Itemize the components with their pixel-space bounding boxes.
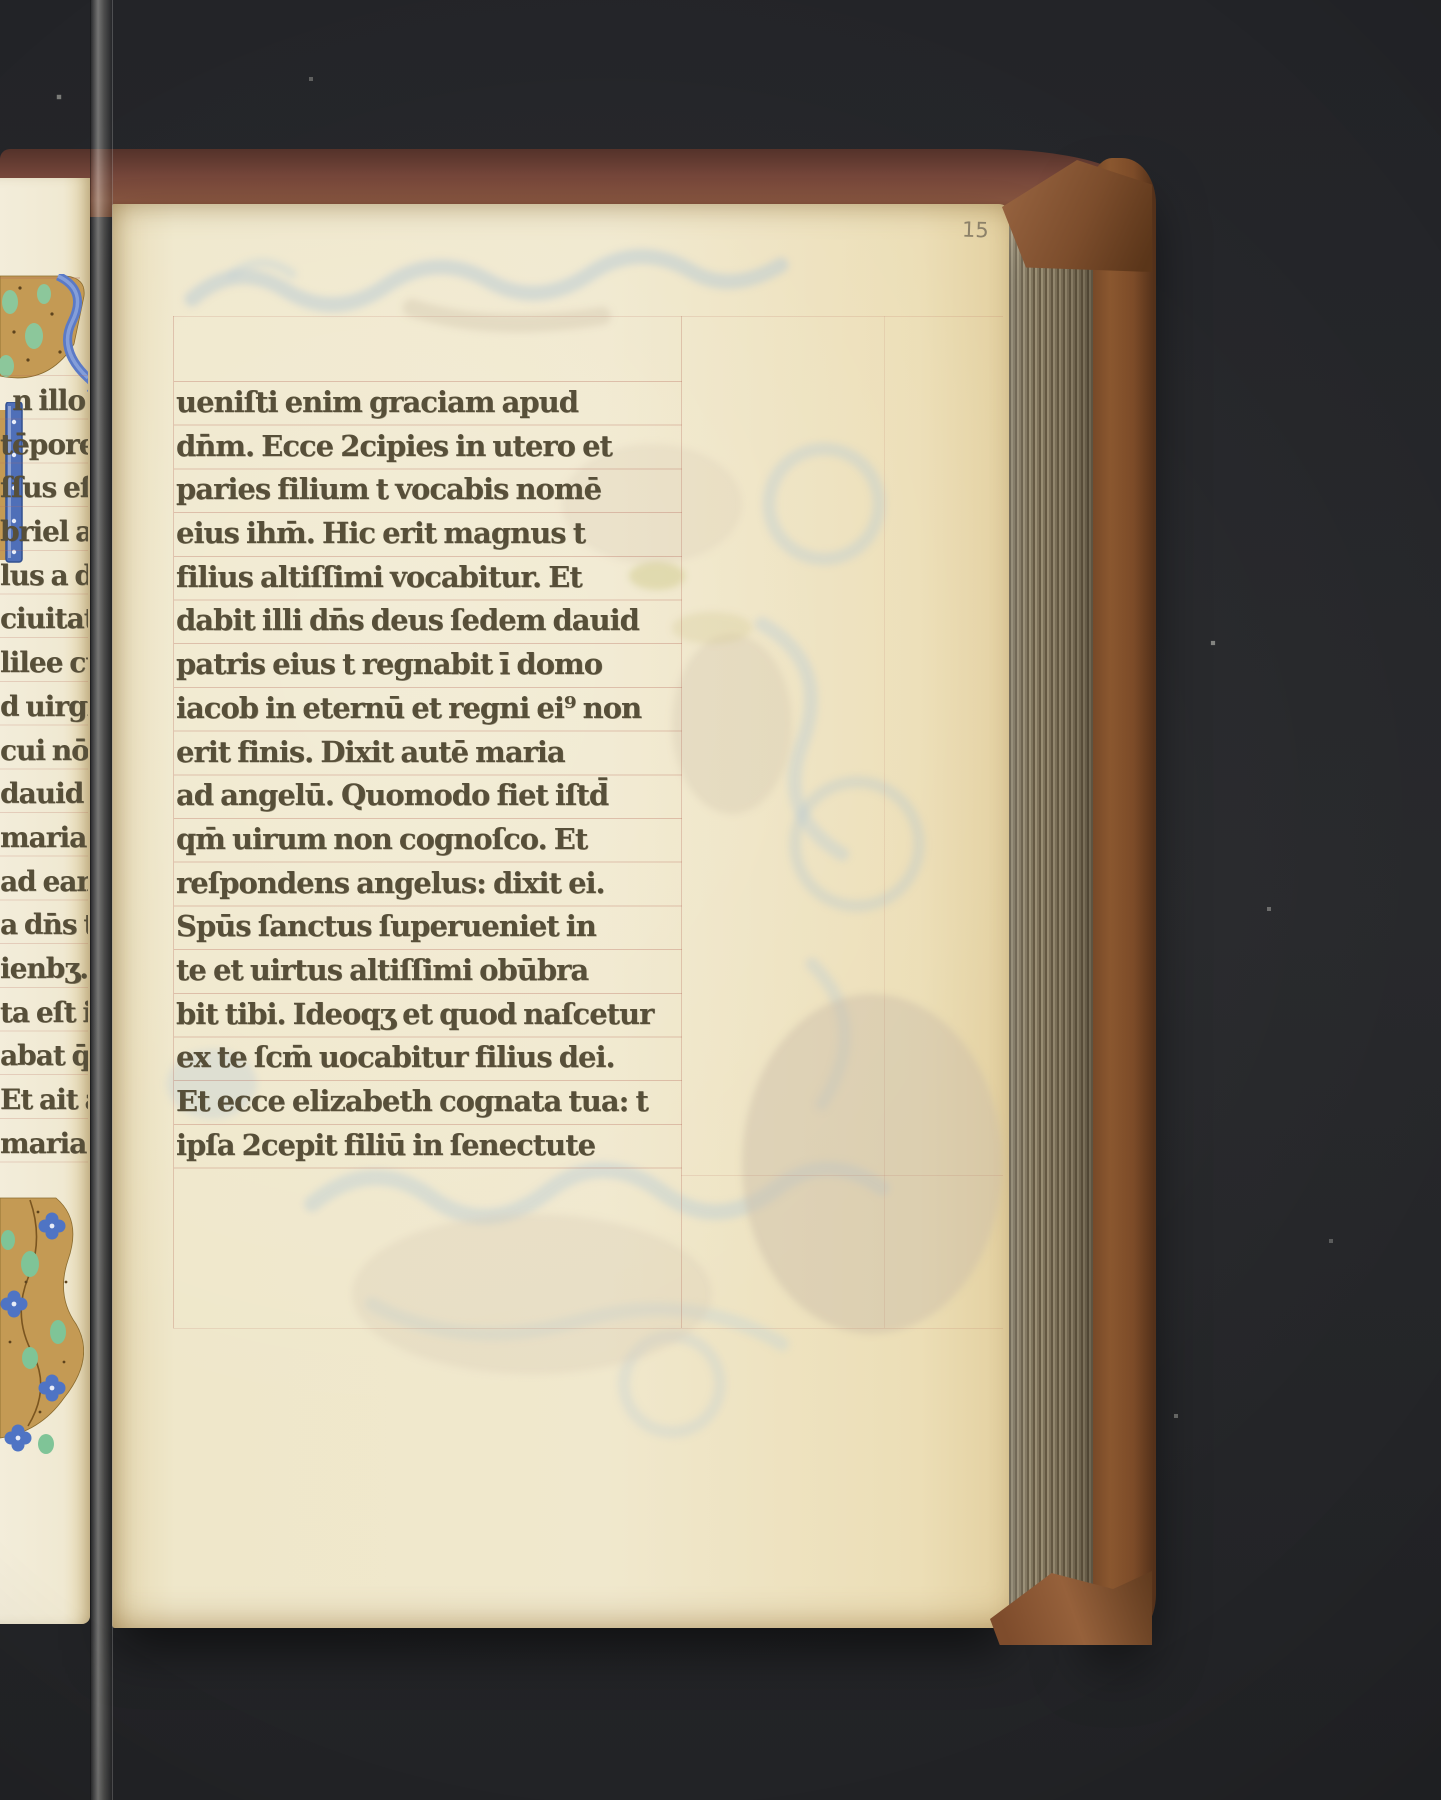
verso-text-fragments: n illotēporeſſus eſtbriel anlus a deociu… — [0, 379, 88, 1165]
manuscript-line: dn̄m. Ecce 2cipies in utero et — [176, 425, 716, 469]
manuscript-line: qm̄ uirum non cognoſco. Et — [176, 818, 716, 862]
verso-fragment-line: ienbʒ. Q — [0, 947, 88, 991]
verso-fragment-line: lus a deo — [0, 554, 88, 598]
ruling-frame-bottom — [173, 1328, 1003, 1329]
manuscript-line: Spūs ſanctus ſuperueniet in — [176, 905, 716, 949]
verso-page-edge: n illotēporeſſus eſtbriel anlus a deociu… — [0, 178, 90, 1624]
dust-specks — [0, 0, 2, 2]
manuscript-line: filius altiſſimi vocabitur. Et — [176, 556, 716, 600]
illuminated-border-bottom — [0, 1192, 84, 1464]
verso-fragment-line: tēpore — [0, 423, 88, 467]
folio-number: 15 — [962, 218, 990, 243]
verso-fragment-line: a dn̄s tecū — [0, 903, 88, 947]
manuscript-line: erit finis. Dixit autē maria — [176, 731, 716, 775]
leather-cover-right-board — [1082, 158, 1156, 1644]
verso-fragment-line: dauid et — [0, 772, 88, 816]
verso-fragment-line: abat q̄lis — [0, 1034, 88, 1078]
verso-fragment-line: cui nōmē — [0, 729, 88, 773]
manuscript-line: ad angelū. Quomodo fiet iſtd̄ — [176, 774, 716, 818]
manuscript-line: ipſa 2cepit filiū in ſenectute — [176, 1124, 716, 1168]
manuscript-line: eius ihm̄. Hic erit magnus t — [176, 512, 716, 556]
manuscript-line: Et ecce elizabeth cognata tua: t — [176, 1080, 716, 1124]
ruling-frame-top — [173, 316, 1003, 317]
manuscript-line: ex te ſcm̄ uocabitur filius dei. — [176, 1036, 716, 1080]
verso-fragment-line: lilee cu — [0, 641, 88, 685]
verso-fragment-line: d uirginē — [0, 685, 88, 729]
manuscript-photo: 15 ueniſti enim graciam apuddn̄m. Ecce 2… — [0, 0, 1441, 1800]
ruling-vertical-outer — [884, 316, 885, 1328]
ruling-frame-mid — [681, 1175, 1003, 1176]
verso-fragment-line: maria ī — [0, 1122, 88, 1166]
manuscript-line: dabit illi dn̄s deus ſedem dauid — [176, 599, 716, 643]
verso-fragment-line: ad eam: — [0, 860, 88, 904]
manuscript-line: reſpondens angelus: dixit ei. — [176, 862, 716, 906]
verso-fragment-line: n illo — [0, 379, 88, 423]
manuscript-line: iacob in eternū et regni ei⁹ non — [176, 687, 716, 731]
recto-page: 15 ueniſti enim graciam apuddn̄m. Ecce 2… — [112, 204, 1009, 1628]
verso-fragment-line: briel an — [0, 510, 88, 554]
verso-fragment-line: Et ait an — [0, 1078, 88, 1122]
ruling-vertical-left — [173, 316, 174, 1328]
manuscript-line: bit tibi. Ideoqʒ et quod naſcetur — [176, 993, 716, 1037]
verso-fragment-line: ciuitatē — [0, 597, 88, 641]
verso-fragment-line: ſſus eſt — [0, 466, 88, 510]
verso-fragment-line: ta eſt in — [0, 991, 88, 1035]
page-holder-strip — [90, 0, 113, 1800]
manuscript-text-block: ueniſti enim graciam apuddn̄m. Ecce 2cip… — [176, 381, 716, 1167]
manuscript-line: paries filium t vocabis nomē — [176, 468, 716, 512]
verso-fragment-line: maria. Et — [0, 816, 88, 860]
manuscript-line: ueniſti enim graciam apud — [176, 381, 716, 425]
manuscript-line: patris eius t regnabit ī domo — [176, 643, 716, 687]
manuscript-line: te et uirtus altiſſimi obūbra — [176, 949, 716, 993]
page-stack-fore-edge — [1005, 206, 1093, 1634]
